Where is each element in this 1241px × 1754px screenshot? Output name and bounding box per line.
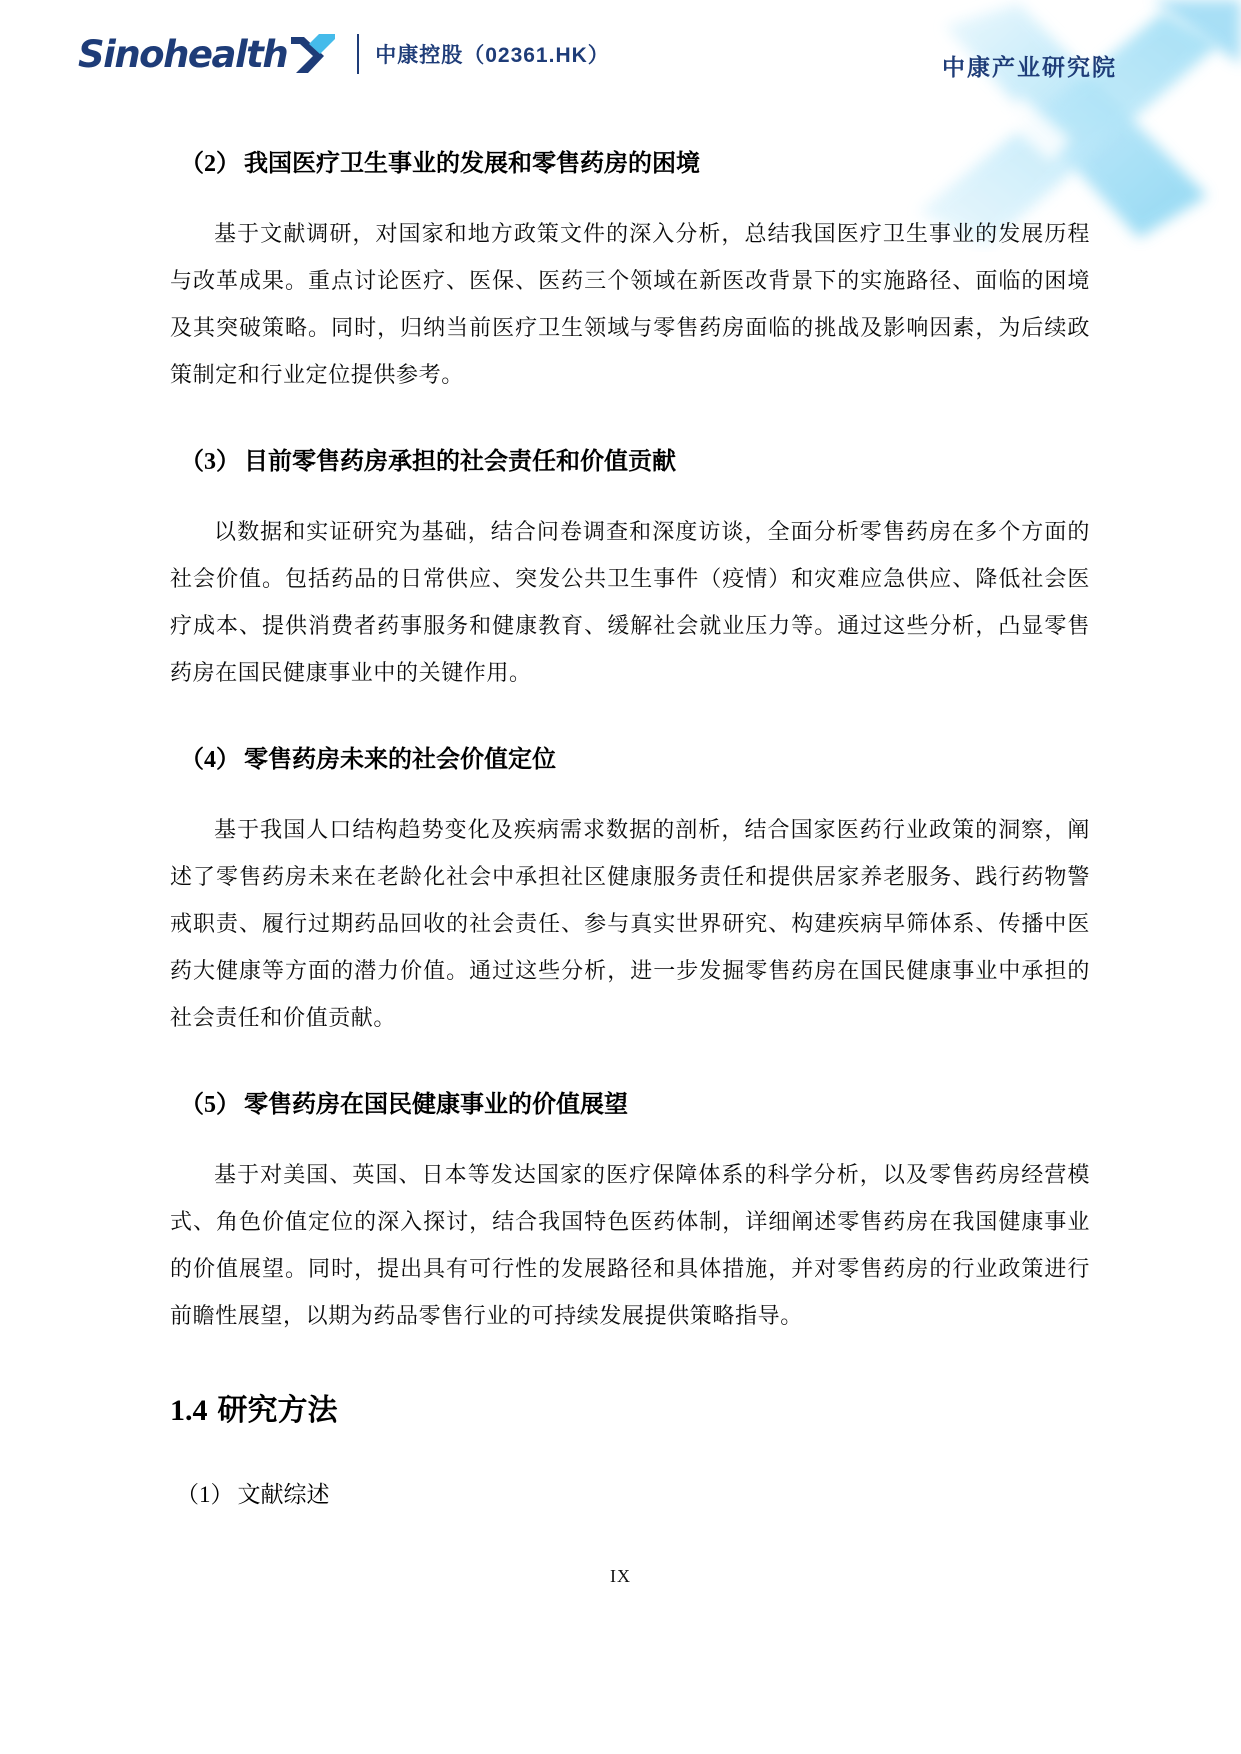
page-header: Sinohealth 中康控股（02361.HK） — [78, 34, 610, 74]
section-heading-5: （5）零售药房在国民健康事业的价值展望 — [180, 1089, 1090, 1121]
chapter-heading-1-4: 1.4研究方法 — [170, 1391, 1090, 1431]
subsection-title: 文献综述 — [238, 1481, 330, 1507]
chapter-number: 1.4 — [170, 1394, 208, 1427]
subsection-number: （1） — [176, 1482, 234, 1507]
section-heading-4: （4）零售药房未来的社会价值定位 — [180, 744, 1090, 776]
section-paragraph: 基于对美国、英国、日本等发达国家的医疗保障体系的科学分析，以及零售药房经营模式、… — [170, 1151, 1090, 1339]
subsection-heading-1: （1）文献综述 — [176, 1479, 1090, 1510]
header-divider — [357, 34, 359, 74]
company-name: 中康控股（02361.HK） — [375, 39, 610, 69]
sinohealth-chevron-icon — [291, 34, 337, 74]
section-title: 我国医疗卫生事业的发展和零售药房的困境 — [244, 150, 700, 177]
section-paragraph: 以数据和实证研究为基础，结合问卷调查和深度访谈，全面分析零售药房在多个方面的社会… — [170, 508, 1090, 696]
section-heading-3: （3）目前零售药房承担的社会责任和价值贡献 — [180, 446, 1090, 478]
section-paragraph: 基于文献调研，对国家和地方政策文件的深入分析，总结我国医疗卫生事业的发展历程与改… — [170, 210, 1090, 398]
section-paragraph: 基于我国人口结构趋势变化及疾病需求数据的剖析，结合国家医药行业政策的洞察，阐述了… — [170, 806, 1090, 1041]
document-body: （2）我国医疗卫生事业的发展和零售药房的困境 基于文献调研，对国家和地方政策文件… — [0, 0, 1241, 1510]
section-title: 零售药房未来的社会价值定位 — [244, 746, 556, 773]
section-title: 目前零售药房承担的社会责任和价值贡献 — [244, 448, 676, 475]
institute-name: 中康产业研究院 — [942, 49, 1117, 82]
section-number: （4） — [180, 747, 240, 773]
section-heading-2: （2）我国医疗卫生事业的发展和零售药房的困境 — [180, 148, 1090, 180]
page-number: IX — [0, 1566, 1241, 1587]
document-page: { "brand": { "logo_text": "Sinohealth", … — [0, 0, 1241, 1754]
chapter-title: 研究方法 — [218, 1394, 338, 1427]
section-title: 零售药房在国民健康事业的价值展望 — [244, 1091, 628, 1118]
section-number: （2） — [180, 151, 240, 177]
sinohealth-logo-text: Sinohealth — [78, 36, 287, 73]
section-number: （5） — [180, 1092, 240, 1118]
section-number: （3） — [180, 449, 240, 475]
